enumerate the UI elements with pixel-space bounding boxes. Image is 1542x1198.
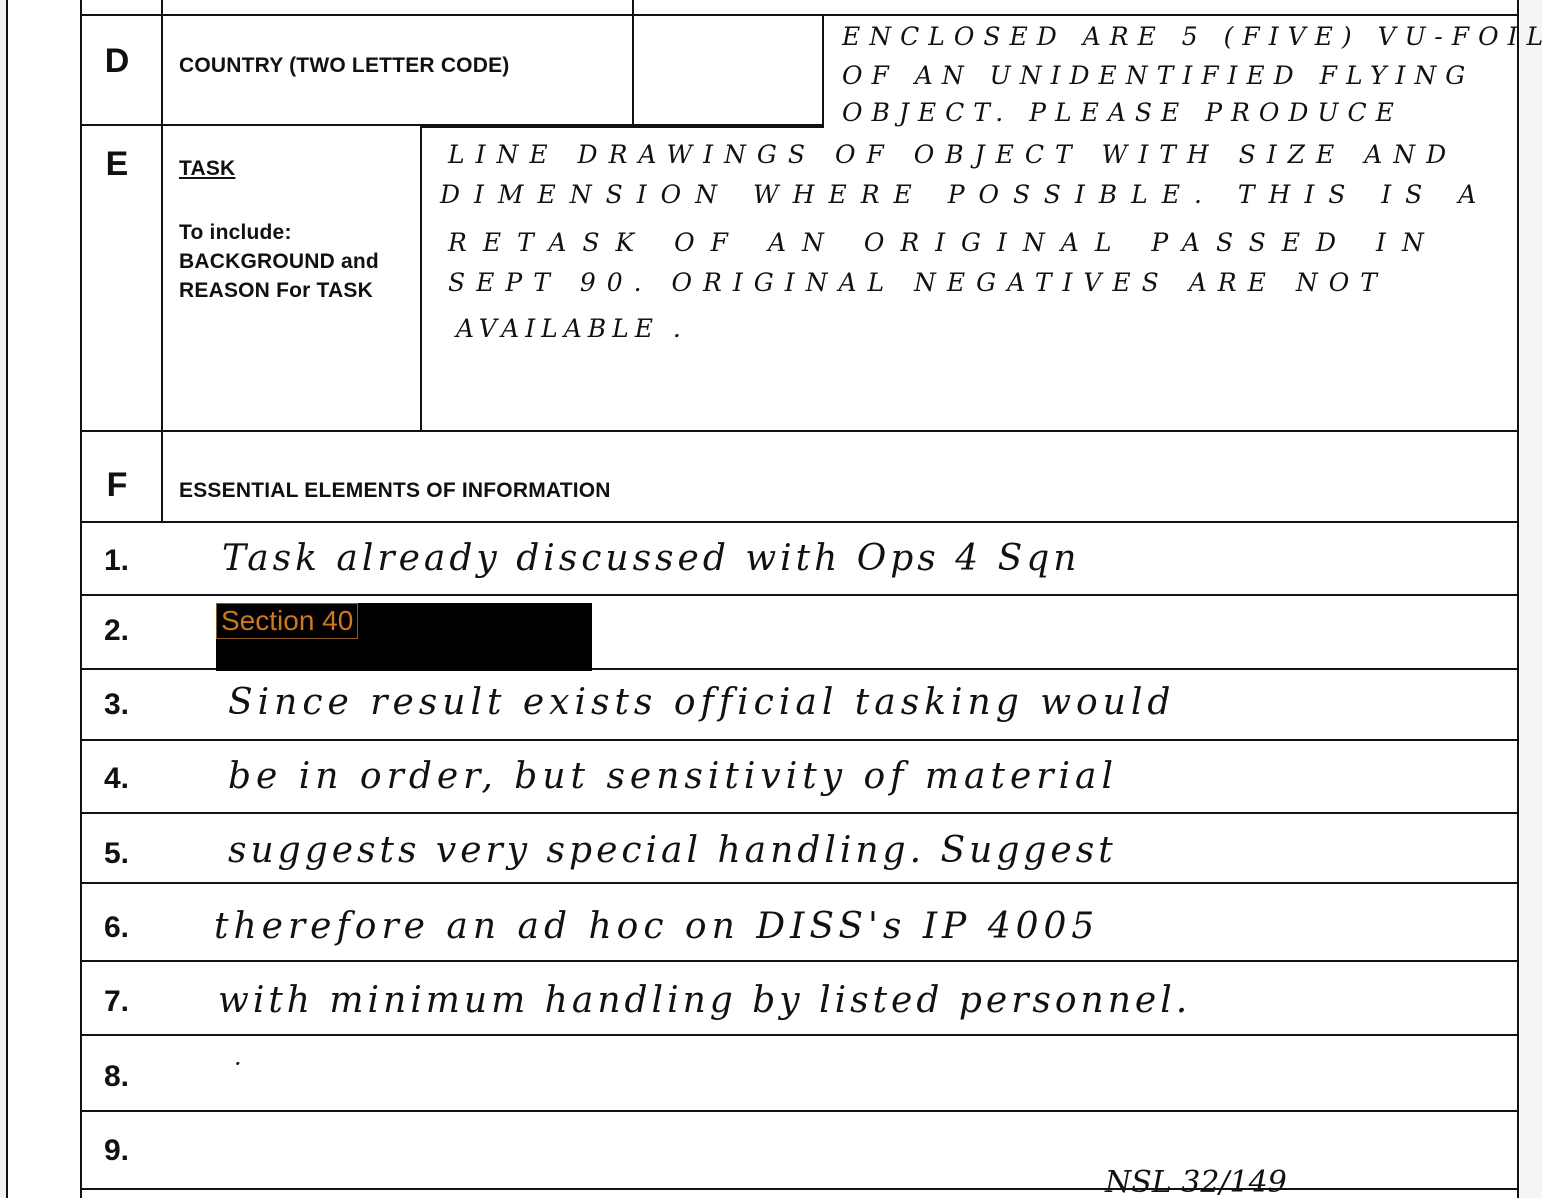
country-code-field[interactable] bbox=[636, 18, 820, 122]
task-sublabel-line-2: BACKGROUND and bbox=[179, 250, 379, 274]
item-number: 6. bbox=[104, 911, 129, 945]
enclosure-note-line-2: OF AN UNIDENTIFIED FLYING bbox=[842, 61, 1474, 90]
row-d-field-divider bbox=[632, 0, 634, 126]
item-text: with minimum handling by listed personne… bbox=[218, 980, 1191, 1021]
row-f-header-bottom-border bbox=[80, 521, 1519, 523]
item-number: 4. bbox=[104, 762, 129, 796]
item-text: · bbox=[234, 1050, 245, 1078]
task-text-line-1: LINE DRAWINGS OF OBJECT WITH SIZE AND bbox=[448, 140, 1457, 169]
item-text: suggests very special handling. Suggest bbox=[228, 830, 1117, 871]
item-number: 5. bbox=[104, 837, 129, 871]
essential-elements-label: ESSENTIAL ELEMENTS OF INFORMATION bbox=[179, 479, 611, 503]
enclosure-note-line-1: ENCLOSED ARE 5 (FIVE) VU-FOILS bbox=[842, 22, 1542, 51]
task-text-line-5: AVAILABLE . bbox=[456, 314, 687, 343]
row-divider-8 bbox=[80, 1110, 1519, 1112]
item-text: be in order, but sensitivity of material bbox=[228, 756, 1118, 797]
letter-column-divider bbox=[161, 0, 163, 522]
item-number: 1. bbox=[104, 544, 129, 578]
task-text-line-4: SEPT 90. ORIGINAL NEGATIVES ARE NOT bbox=[448, 268, 1388, 297]
country-label: COUNTRY (TWO LETTER CODE) bbox=[179, 54, 509, 78]
row-e-text-divider bbox=[420, 126, 422, 432]
page-left-margin bbox=[0, 0, 8, 1198]
task-sublabel-line-3: REASON For TASK bbox=[179, 279, 373, 303]
form-right-border bbox=[1517, 0, 1519, 1198]
row-divider-6 bbox=[80, 960, 1519, 962]
row-divider-7 bbox=[80, 1034, 1519, 1036]
row-d-top-border bbox=[80, 14, 1519, 16]
item-number: 8. bbox=[104, 1060, 129, 1094]
row-divider-9 bbox=[80, 1188, 1519, 1190]
item-number: 2. bbox=[104, 614, 129, 648]
row-e-top-border-partial bbox=[420, 126, 824, 128]
task-text-line-2: DIMENSION WHERE POSSIBLE. THIS IS A bbox=[440, 180, 1490, 209]
row-divider-5 bbox=[80, 882, 1519, 884]
item-number: 7. bbox=[104, 985, 129, 1019]
row-d-note-divider bbox=[822, 14, 824, 126]
task-text-line-3: RETASK OF AN ORIGINAL PASSED IN bbox=[448, 228, 1440, 257]
page-right-margin bbox=[1520, 0, 1542, 1198]
row-divider-1 bbox=[80, 594, 1519, 596]
row-e-bottom-border bbox=[80, 430, 1519, 432]
document-reference: NSL 32/149 bbox=[1105, 1165, 1287, 1198]
row-e-letter: E bbox=[82, 145, 152, 184]
task-sublabel-line-1: To include: bbox=[179, 221, 292, 245]
row-divider-3 bbox=[80, 739, 1519, 741]
row-f-letter: F bbox=[82, 466, 152, 505]
item-text: therefore an ad hoc on DISS's IP 4005 bbox=[214, 906, 1099, 947]
item-text: Task already discussed with Ops 4 Sqn bbox=[222, 538, 1080, 579]
enclosure-note-line-3: OBJECT. PLEASE PRODUCE bbox=[842, 98, 1403, 127]
row-d-letter: D bbox=[82, 42, 152, 81]
item-number: 9. bbox=[104, 1134, 129, 1168]
item-number: 3. bbox=[104, 688, 129, 722]
item-text: Since result exists official tasking wou… bbox=[228, 682, 1175, 723]
redaction-label: Section 40 bbox=[216, 603, 358, 639]
row-divider-4 bbox=[80, 812, 1519, 814]
task-label: TASK bbox=[179, 157, 235, 181]
